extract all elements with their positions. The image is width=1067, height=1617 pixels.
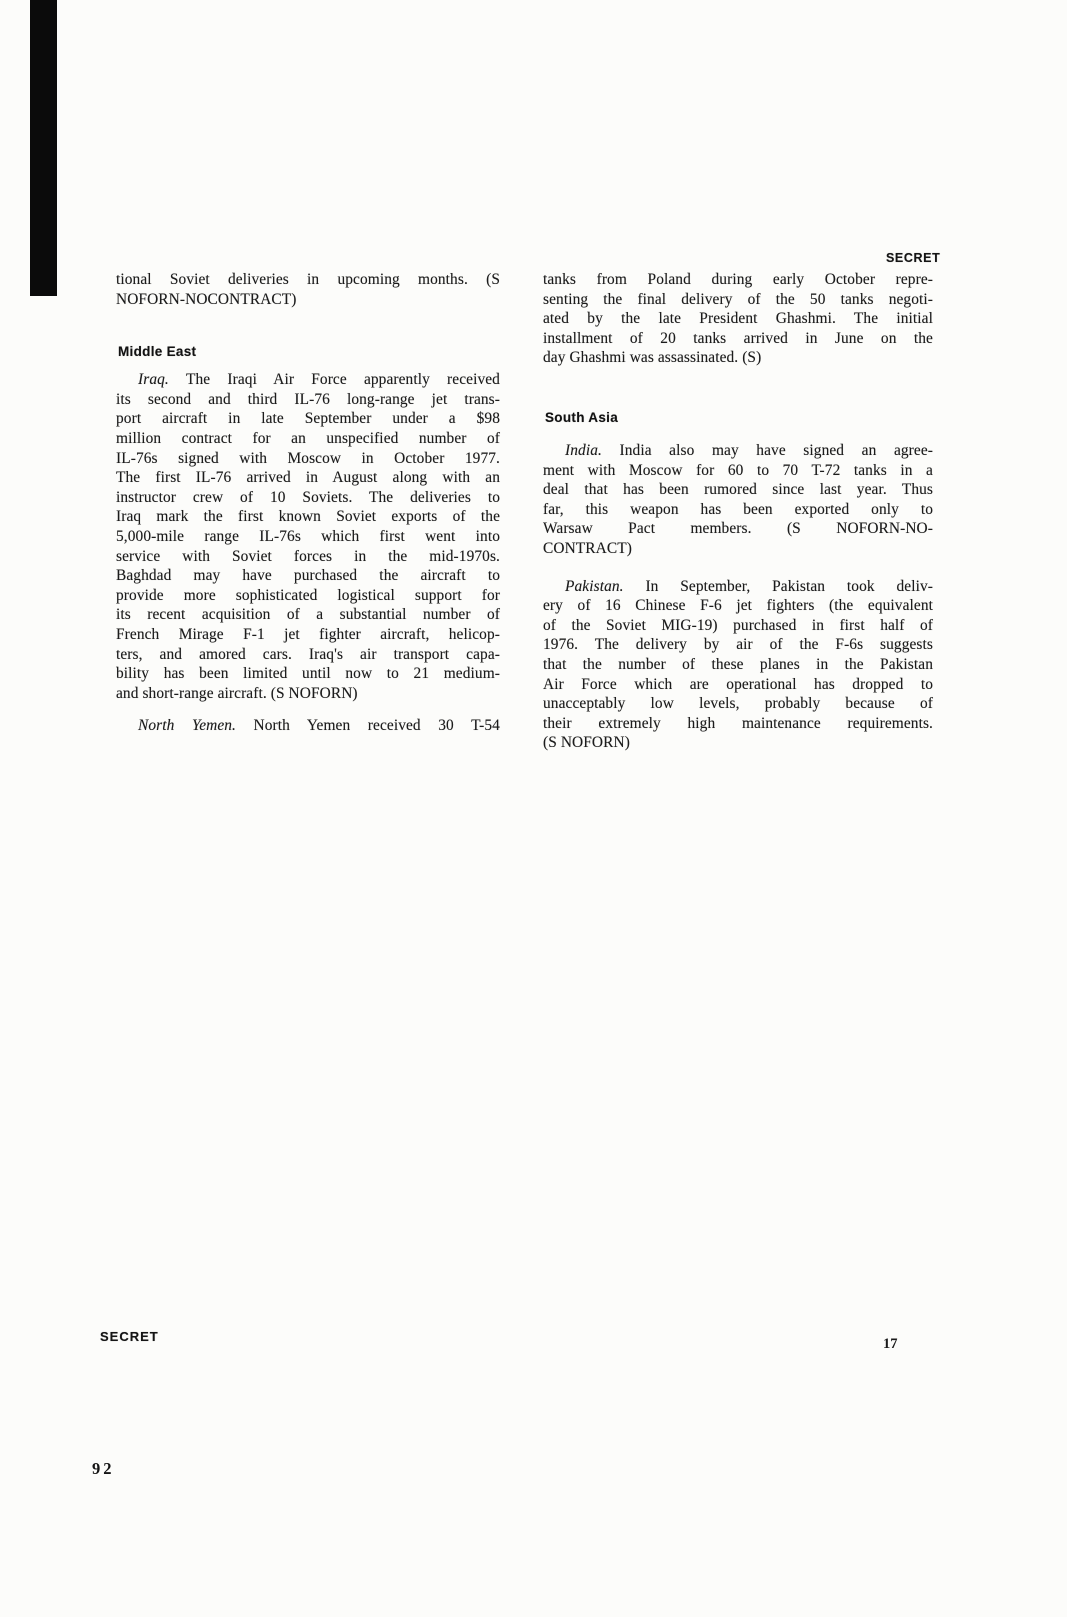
text-line: bility has been limited until now to 21 …: [116, 664, 500, 684]
text-line: (S NOFORN): [543, 733, 933, 753]
text-line: its recent acquisition of a substantial …: [116, 605, 500, 625]
paragraph-iraq: Iraq. The Iraqi Air Force apparently rec…: [116, 370, 500, 703]
paragraph-lead-in: North Yemen.: [138, 717, 254, 734]
text-line: ery of 16 Chinese F-6 jet fighters (the …: [543, 596, 933, 616]
classification-header: SECRET: [886, 251, 940, 265]
text-line: India. India also may have signed an agr…: [543, 441, 933, 461]
text-line: CONTRACT): [543, 539, 933, 559]
text-line: provide more sophisticated logistical su…: [116, 586, 500, 606]
paragraph-lead-in: Iraq.: [138, 371, 186, 388]
text-line: Iraq. The Iraqi Air Force apparently rec…: [116, 370, 500, 390]
text-line: instructor crew of 10 Soviets. The deliv…: [116, 488, 500, 508]
left-column: tional Soviet deliveries in upcoming mon…: [116, 270, 500, 736]
right-column: tanks from Poland during early October r…: [543, 270, 933, 753]
folio-number: 92: [92, 1459, 115, 1479]
text-line: Baghdad may have purchased the aircraft …: [116, 566, 500, 586]
text-line: port aircraft in late September under a …: [116, 409, 500, 429]
page-number: 17: [883, 1336, 898, 1353]
text-line: ters, and amored cars. Iraq's air transp…: [116, 645, 500, 665]
text-line: tional Soviet deliveries in upcoming mon…: [116, 270, 500, 290]
continuation-paragraph: tional Soviet deliveries in upcoming mon…: [116, 270, 500, 309]
text-line: Air Force which are operational has drop…: [543, 675, 933, 695]
paragraph-lead-in: India.: [565, 442, 620, 459]
text-line: installment of 20 tanks arrived in June …: [543, 329, 933, 349]
paragraph-north-yemen: North Yemen. North Yemen received 30 T-5…: [116, 716, 500, 736]
scan-artifact-bar: [30, 0, 57, 296]
text-line: The first IL-76 arrived in August along …: [116, 468, 500, 488]
text-line: unacceptably low levels, probably becaus…: [543, 694, 933, 714]
text-line: of the Soviet MIG-19) purchased in first…: [543, 616, 933, 636]
text-line: Iraq mark the first known Soviet exports…: [116, 507, 500, 527]
text-line: senting the final delivery of the 50 tan…: [543, 290, 933, 310]
text-line: that the number of these planes in the P…: [543, 655, 933, 675]
text-line: 5,000-mile range IL-76s which first went…: [116, 527, 500, 547]
document-page: SECRET tional Soviet deliveries in upcom…: [0, 0, 1067, 1617]
text-line: and short-range aircraft. (S NOFORN): [116, 684, 500, 704]
text-line: service with Soviet forces in the mid-19…: [116, 547, 500, 567]
text-line: Pakistan. In September, Pakistan took de…: [543, 577, 933, 597]
section-heading-south-asia: South Asia: [545, 410, 933, 425]
text-line: its second and third IL-76 long-range je…: [116, 390, 500, 410]
text-line: ment with Moscow for 60 to 70 T-72 tanks…: [543, 461, 933, 481]
paragraph-india: India. India also may have signed an agr…: [543, 441, 933, 559]
text-line: their extremely high maintenance require…: [543, 714, 933, 734]
text-line: deal that has been rumored since last ye…: [543, 480, 933, 500]
continuation-paragraph: tanks from Poland during early October r…: [543, 270, 933, 368]
text-line: ated by the late President Ghashmi. The …: [543, 309, 933, 329]
paragraph-lead-in: Pakistan.: [565, 578, 645, 595]
text-line: tanks from Poland during early October r…: [543, 270, 933, 290]
text-line: 1976. The delivery by air of the F-6s su…: [543, 635, 933, 655]
text-line: far, this weapon has been exported only …: [543, 500, 933, 520]
section-heading-middle-east: Middle East: [118, 344, 500, 359]
text-line: NOFORN-NOCONTRACT): [116, 290, 500, 310]
text-line: North Yemen. North Yemen received 30 T-5…: [116, 716, 500, 736]
text-line: million contract for an unspecified numb…: [116, 429, 500, 449]
text-line: French Mirage F-1 jet fighter aircraft, …: [116, 625, 500, 645]
classification-footer: SECRET: [100, 1329, 159, 1344]
text-line: IL-76s signed with Moscow in October 197…: [116, 449, 500, 469]
text-line: day Ghashmi was assassinated. (S): [543, 348, 933, 368]
text-line: Warsaw Pact members. (S NOFORN-NO-: [543, 519, 933, 539]
paragraph-pakistan: Pakistan. In September, Pakistan took de…: [543, 577, 933, 753]
